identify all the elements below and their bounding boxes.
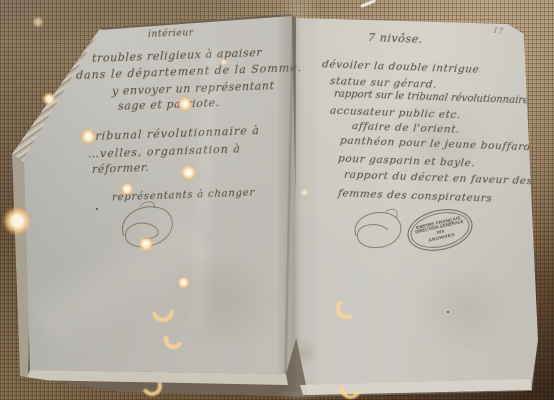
ink-speck	[96, 208, 98, 210]
photo-manuscript-display: intérieur troubles religieux à apaiser d…	[0, 0, 554, 400]
page-number: 17	[492, 25, 504, 36]
stamp-line: des	[436, 229, 445, 235]
page-heading-left: intérieur	[148, 28, 194, 40]
page-heading-right: 7 nivôse.	[367, 31, 423, 46]
manuscript-line: réformer.	[92, 161, 150, 176]
stamp-line: Archives	[428, 231, 455, 242]
ink-speck	[447, 311, 449, 313]
stamp-line: Empire Français	[416, 215, 462, 230]
stamp-line: Direction Générale	[415, 220, 464, 236]
open-manuscript-book: intérieur troubles religieux à apaiser d…	[0, 0, 554, 400]
